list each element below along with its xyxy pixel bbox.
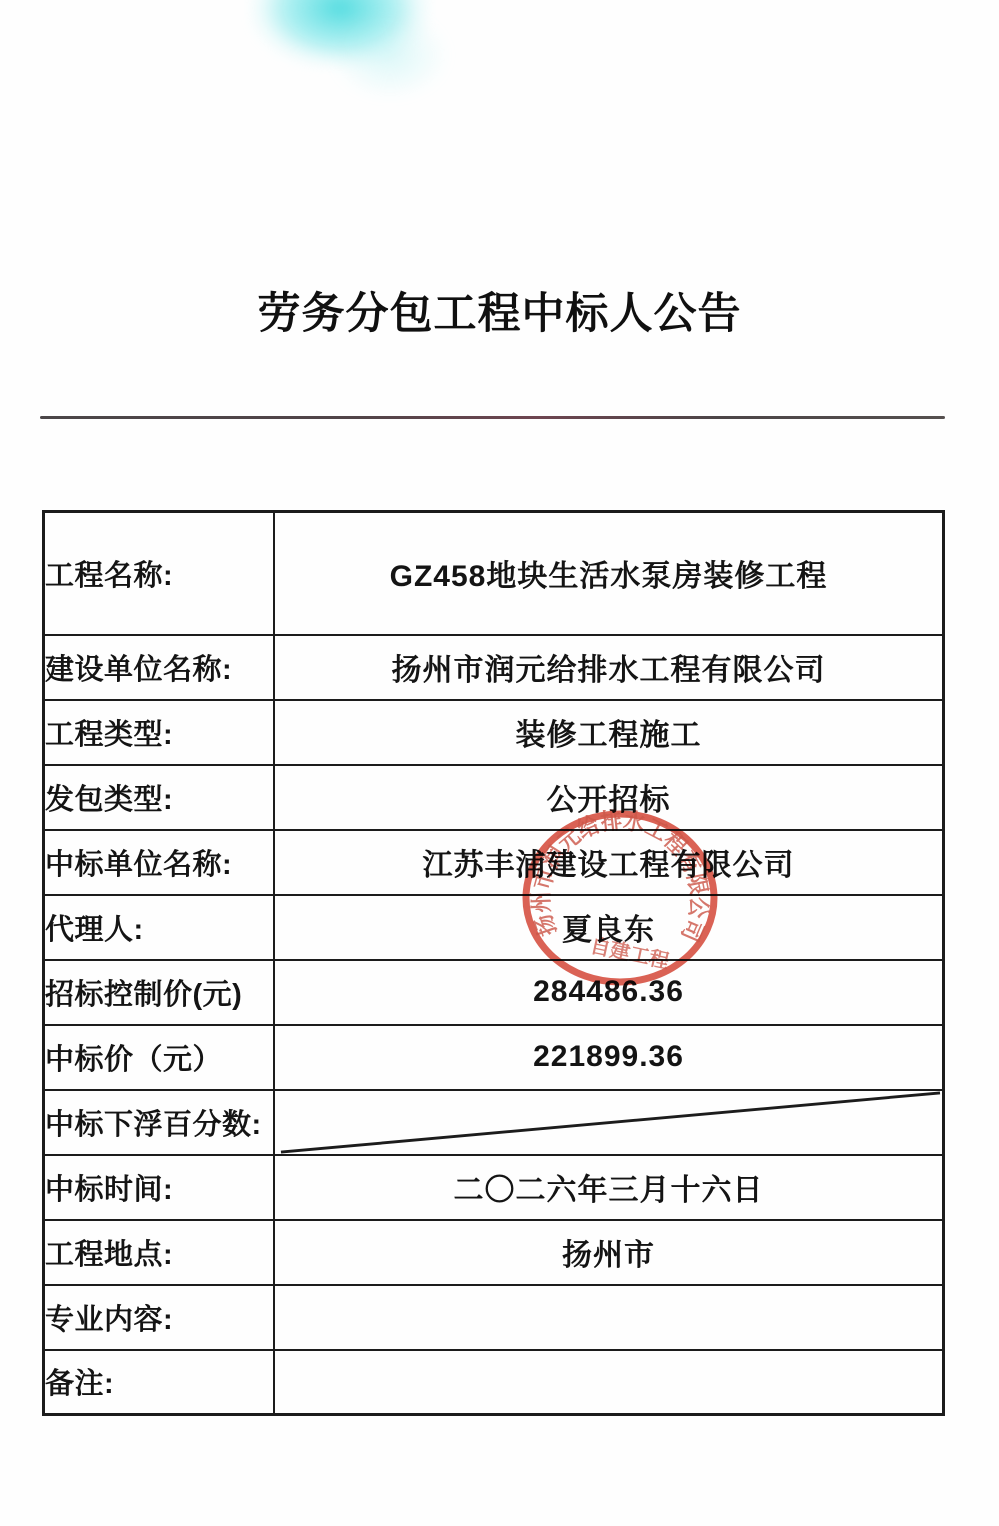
row-value: 江苏丰浦建设工程有限公司 xyxy=(274,830,944,895)
row-label: 代理人: xyxy=(44,895,275,960)
page-title: 劳务分包工程中标人公告 xyxy=(0,290,999,339)
row-value: GZ458地块生活水泵房装修工程 xyxy=(274,512,944,635)
table-row: 专业内容: xyxy=(44,1285,944,1350)
table-row: 中标价（元） 221899.36 xyxy=(44,1025,944,1090)
row-label: 招标控制价(元) xyxy=(44,960,275,1025)
table-row: 招标控制价(元) 284486.36 xyxy=(44,960,944,1025)
table-row: 工程类型: 装修工程施工 xyxy=(44,700,944,765)
row-value: 221899.36 xyxy=(274,1025,944,1090)
table-row: 建设单位名称: 扬州市润元给排水工程有限公司 xyxy=(44,635,944,700)
row-label: 工程类型: xyxy=(44,700,275,765)
row-label: 中标时间: xyxy=(44,1155,275,1220)
row-value: 扬州市润元给排水工程有限公司 xyxy=(274,635,944,700)
row-value xyxy=(274,1350,944,1415)
table-row: 工程名称: GZ458地块生活水泵房装修工程 xyxy=(44,512,944,635)
row-value: 284486.36 xyxy=(274,960,944,1025)
row-value: 装修工程施工 xyxy=(274,700,944,765)
row-value-empty xyxy=(274,1090,944,1155)
title-underline xyxy=(40,416,945,419)
row-label: 发包类型: xyxy=(44,765,275,830)
table-row: 备注: xyxy=(44,1350,944,1415)
row-label: 专业内容: xyxy=(44,1285,275,1350)
scan-artifact-cyan-halo xyxy=(330,10,450,100)
table-row: 工程地点: 扬州市 xyxy=(44,1220,944,1285)
row-label: 工程名称: xyxy=(44,512,275,635)
row-label: 中标价（元） xyxy=(44,1025,275,1090)
row-label: 工程地点: xyxy=(44,1220,275,1285)
row-label: 备注: xyxy=(44,1350,275,1415)
table-row: 发包类型: 公开招标 xyxy=(44,765,944,830)
row-label: 中标下浮百分数: xyxy=(44,1090,275,1155)
row-label: 建设单位名称: xyxy=(44,635,275,700)
announcement-table: 工程名称: GZ458地块生活水泵房装修工程 建设单位名称: 扬州市润元给排水工… xyxy=(42,510,945,1416)
table-row: 中标单位名称: 江苏丰浦建设工程有限公司 xyxy=(44,830,944,895)
table-row: 代理人: 夏良东 xyxy=(44,895,944,960)
row-value xyxy=(274,1285,944,1350)
row-value: 扬州市 xyxy=(274,1220,944,1285)
row-label: 中标单位名称: xyxy=(44,830,275,895)
diagonal-strikethrough xyxy=(275,1091,942,1154)
table-row: 中标下浮百分数: xyxy=(44,1090,944,1155)
table-row: 中标时间: 二〇二六年三月十六日 xyxy=(44,1155,944,1220)
row-value: 二〇二六年三月十六日 xyxy=(274,1155,944,1220)
row-value: 公开招标 xyxy=(274,765,944,830)
scan-artifact-cyan-blob xyxy=(250,0,430,68)
row-value: 夏良东 xyxy=(274,895,944,960)
